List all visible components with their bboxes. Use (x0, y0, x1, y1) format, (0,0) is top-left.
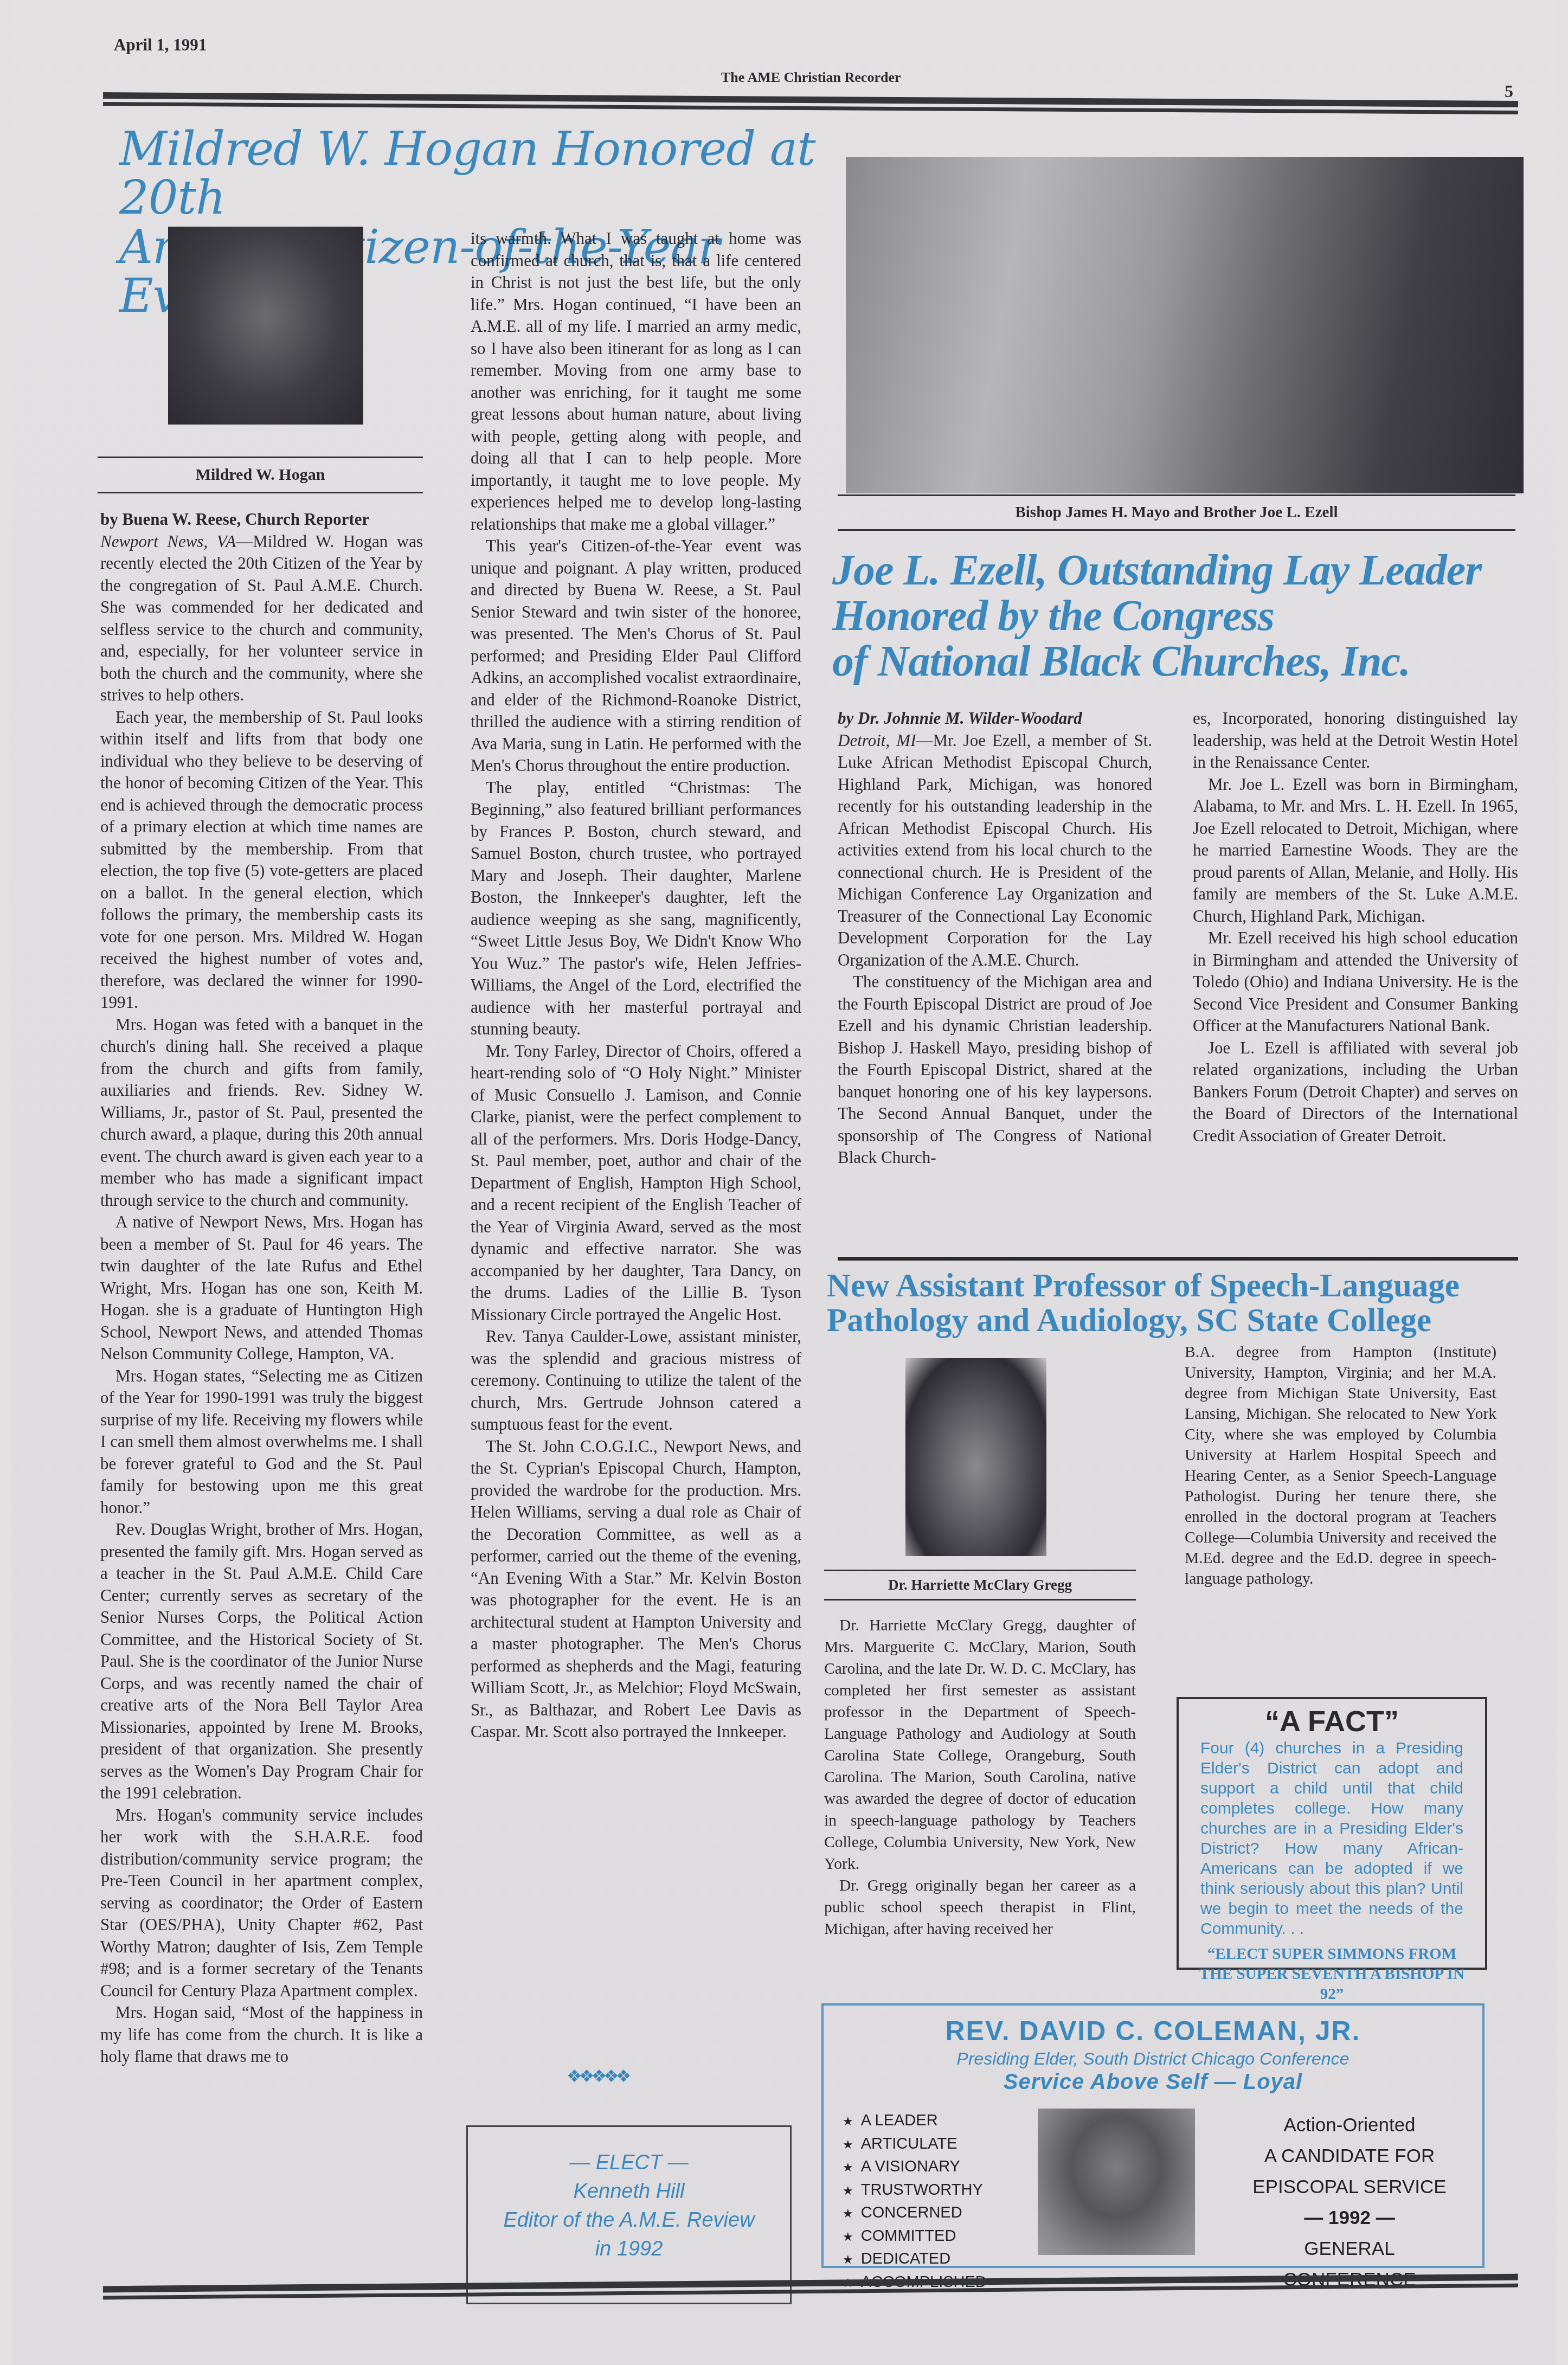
gregg-paragraph: B.A. degree from Hampton (Institute) Uni… (1185, 1342, 1496, 1589)
ezell-paragraph: The constituency of the Michigan area an… (838, 971, 1152, 1169)
hogan-paragraph: Mrs. Hogan said, “Most of the happiness … (100, 2002, 423, 2068)
ad-quality-item: ★ARTICULATE (843, 2133, 987, 2156)
ad-candidate-name: REV. DAVID C. COLEMAN, JR. (824, 2015, 1482, 2047)
ezell-headline-line2: Honored by the Congress (832, 593, 1537, 639)
ad-slogan: Service Above Self — Loyal (824, 2070, 1482, 2094)
coleman-campaign-ad: REV. DAVID C. COLEMAN, JR. Presiding Eld… (821, 2003, 1485, 2268)
elect-label: — ELECT — (468, 2149, 790, 2177)
ad-quality-item: ★A VISIONARY (843, 2156, 987, 2179)
ezell-headline: Joe L. Ezell, Outstanding Lay Leader Hon… (832, 548, 1537, 684)
hogan-dateline: Newport News, VA (100, 532, 236, 551)
elect-kenneth-hill-ad: — ELECT — Kenneth Hill Editor of the A.M… (466, 2125, 792, 2304)
ezell-column-2: es, Incorporated, honoring distinguished… (1193, 708, 1518, 1147)
hogan-paragraph: Rev. Douglas Wright, brother of Mrs. Hog… (100, 1519, 423, 1804)
hogan-paragraph: The play, entitled “Christmas: The Begin… (471, 777, 801, 1040)
footer-rule (103, 2274, 1518, 2305)
hogan-byline: by Buena W. Reese, Church Reporter (100, 509, 423, 531)
ezell-byline: by Dr. Johnnie M. Wilder-Woodard (838, 708, 1152, 730)
gregg-column-1: Dr. Harriette McClary Gregg, daughter of… (824, 1615, 1136, 1940)
a-fact-box: “A FACT” Four (4) churches in a Presidin… (1177, 1697, 1487, 1970)
ad-qualities-list: ★A LEADER ★ARTICULATE ★A VISIONARY ★TRUS… (843, 2110, 987, 2294)
ezell-paragraph: Mr. Ezell received his high school educa… (1193, 927, 1518, 1037)
star-icon: ★ (843, 2115, 853, 2128)
ad-quality-item: ★CONCERNED (843, 2202, 987, 2225)
hogan-column-1: by Buena W. Reese, Church Reporter Newpo… (100, 509, 423, 2068)
hogan-paragraph: Mr. Tony Farley, Director of Choirs, off… (471, 1040, 801, 1326)
star-icon: ★ (843, 2184, 853, 2197)
star-icon: ★ (843, 2253, 853, 2266)
diamond-divider-icon: ❖❖❖❖❖ (567, 2066, 628, 2086)
candidate-office: Editor of the A.M.E. Review (468, 2206, 790, 2235)
ad-candidacy-text: Action-Oriented A CANDIDATE FOR EPISCOPA… (1236, 2110, 1463, 2295)
star-icon: ★ (843, 2230, 853, 2244)
ad-quality-item: ★COMMITTED (843, 2225, 987, 2248)
mayo-ezell-photo (846, 157, 1524, 493)
ad-candidate-title: Presiding Elder, South District Chicago … (824, 2049, 1482, 2069)
hogan-paragraph: Newport News, VA—Mildred W. Hogan was re… (100, 531, 423, 706)
page-number: 5 (1505, 81, 1513, 101)
fact-elect-slogan: “ELECT SUPER SIMMONS FROM THE SUPER SEVE… (1179, 1944, 1485, 2004)
election-year: in 1992 (468, 2235, 790, 2264)
hogan-paragraph: This year's Citizen-of-the-Year event wa… (471, 535, 801, 777)
hogan-paragraph: Each year, the membership of St. Paul lo… (100, 706, 423, 1014)
fact-title: “A FACT” (1179, 1705, 1485, 1738)
hogan-paragraph: The St. John C.O.G.I.C., Newport News, a… (471, 1436, 801, 1743)
gregg-headline-line1: New Assistant Professor of Speech-Langua… (827, 1269, 1532, 1303)
gregg-headline-line2: Pathology and Audiology, SC State Colleg… (827, 1303, 1532, 1338)
hogan-paragraph: Mrs. Hogan was feted with a banquet in t… (100, 1014, 423, 1212)
newspaper-page: April 1, 1991 The AME Christian Recorder… (11, 0, 1557, 2365)
coleman-portrait-photo (1038, 2109, 1195, 2255)
fact-body: Four (4) churches in a Presiding Elder's… (1179, 1738, 1485, 1939)
candidate-name: Kenneth Hill (468, 2177, 790, 2206)
ezell-headline-line1: Joe L. Ezell, Outstanding Lay Leader (832, 548, 1537, 593)
gregg-paragraph: Dr. Gregg originally began her career as… (824, 1875, 1136, 1940)
ezell-headline-line3: of National Black Churches, Inc. (832, 639, 1537, 684)
gregg-photo-caption: Dr. Harriette McClary Gregg (824, 1570, 1136, 1601)
hogan-paragraph: Mrs. Hogan states, “Selecting me as Citi… (100, 1365, 423, 1519)
hogan-portrait-photo (168, 227, 363, 425)
hogan-headline-line1: Mildred W. Hogan Honored at 20th (119, 125, 824, 223)
hogan-paragraph: its warmth. What I was taught at home wa… (471, 228, 801, 535)
ezell-paragraph: Joe L. Ezell is affiliated with several … (1193, 1037, 1518, 1147)
header-rule (103, 92, 1518, 119)
issue-date: April 1, 1991 (114, 35, 207, 55)
ezell-paragraph: Mr. Joe L. Ezell was born in Birmingham,… (1193, 774, 1518, 928)
star-icon: ★ (843, 2161, 853, 2174)
hogan-paragraph: A native of Newport News, Mrs. Hogan has… (100, 1211, 423, 1365)
hogan-paragraph: Mrs. Hogan's community service includes … (100, 1804, 423, 2002)
gregg-paragraph: Dr. Harriette McClary Gregg, daughter of… (824, 1615, 1136, 1875)
ezell-column-1: by Dr. Johnnie M. Wilder-Woodard Detroit… (838, 708, 1152, 1169)
ezell-photo-caption: Bishop James H. Mayo and Brother Joe L. … (838, 494, 1515, 531)
hogan-column-2: its warmth. What I was taught at home wa… (471, 228, 801, 1743)
star-icon: ★ (843, 2207, 853, 2220)
star-icon: ★ (843, 2138, 853, 2151)
section-divider (838, 1257, 1518, 1261)
ezell-paragraph: Detroit, MI—Mr. Joe Ezell, a member of S… (838, 730, 1152, 972)
ad-quality-item: ★TRUSTWORTHY (843, 2179, 987, 2202)
gregg-portrait-photo (905, 1358, 1046, 1556)
publication-name: The AME Christian Recorder (721, 69, 901, 86)
ad-quality-item: ★A LEADER (843, 2110, 987, 2133)
hogan-photo-caption: Mildred W. Hogan (98, 457, 423, 493)
ezell-paragraph: es, Incorporated, honoring distinguished… (1193, 708, 1518, 774)
ad-quality-item: ★DEDICATED (843, 2248, 987, 2271)
gregg-column-2: B.A. degree from Hampton (Institute) Uni… (1185, 1342, 1496, 1589)
hogan-paragraph: Rev. Tanya Caulder-Lowe, assistant minis… (471, 1326, 801, 1436)
ezell-dateline: Detroit, MI (838, 731, 916, 750)
gregg-headline: New Assistant Professor of Speech-Langua… (827, 1269, 1532, 1338)
